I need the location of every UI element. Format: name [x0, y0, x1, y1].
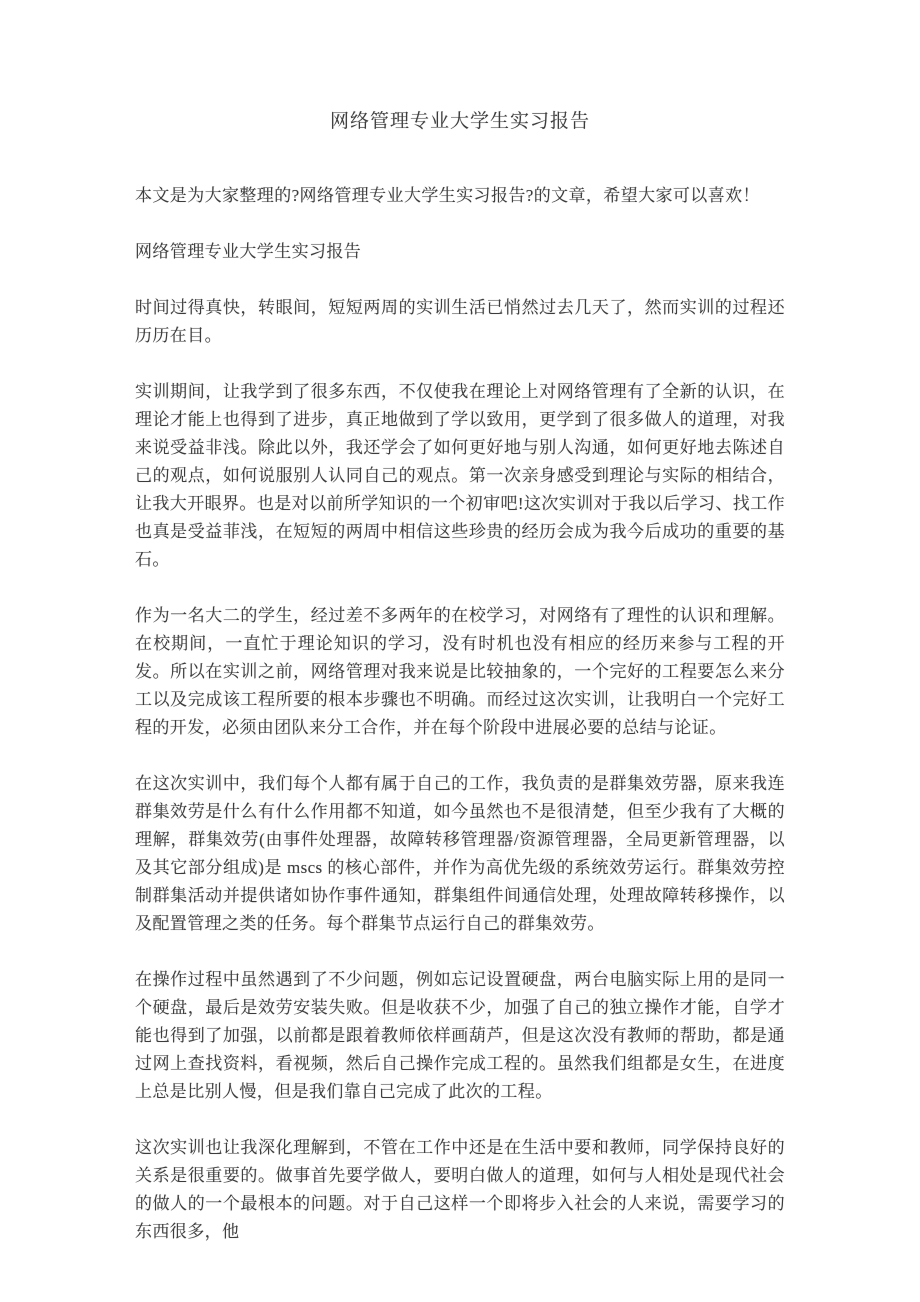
subtitle-paragraph: 网络管理专业大学生实习报告 [135, 238, 785, 266]
body-paragraph-1: 时间过得真快，转眼间，短短两周的实训生活已悄然过去几天了，然而实训的过程还历历在… [135, 294, 785, 350]
body-paragraph-2: 实训期间，让我学到了很多东西，不仅使我在理论上对网络管理有了全新的认识，在理论才… [135, 378, 785, 574]
body-paragraph-6: 这次实训也让我深化理解到，不管在工作中还是在生活中要和教师，同学保持良好的关系是… [135, 1134, 785, 1246]
body-paragraph-5: 在操作过程中虽然遇到了不少问题，例如忘记设置硬盘，两台电脑实际上用的是同一个硬盘… [135, 966, 785, 1106]
body-paragraph-3: 作为一名大二的学生，经过差不多两年的在校学习，对网络有了理性的认识和理解。在校期… [135, 602, 785, 742]
document-title: 网络管理专业大学生实习报告 [135, 108, 785, 136]
document-page: 网络管理专业大学生实习报告 本文是为大家整理的?网络管理专业大学生实习报告?的文… [135, 108, 785, 1246]
body-paragraph-4: 在这次实训中，我们每个人都有属于自己的工作，我负责的是群集效劳器，原来我连群集效… [135, 770, 785, 938]
intro-paragraph: 本文是为大家整理的?网络管理专业大学生实习报告?的文章，希望大家可以喜欢！ [135, 182, 785, 210]
